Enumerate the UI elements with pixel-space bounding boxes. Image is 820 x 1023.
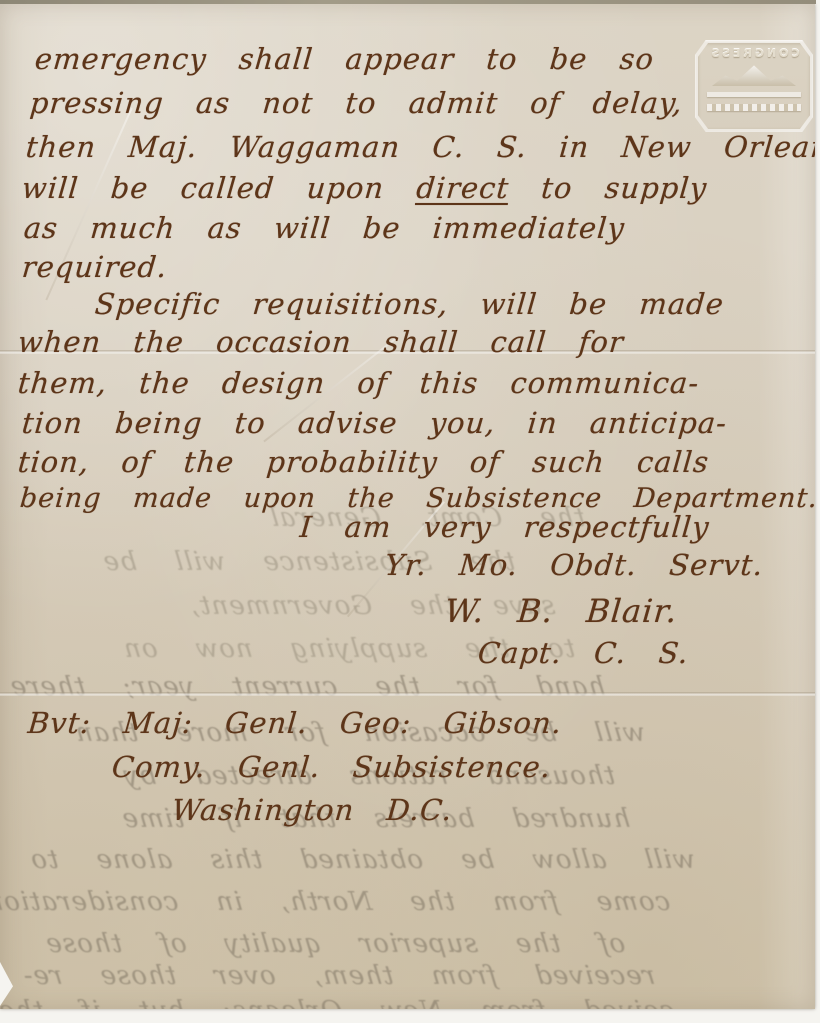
underlined-word-direct: direct xyxy=(415,171,511,205)
seal-ribbon-bar xyxy=(707,92,801,97)
handwritten-line: them, the design of this communica- xyxy=(17,366,701,400)
signature-rank: Capt. C. S. xyxy=(477,636,691,670)
seal-ribbon-bar xyxy=(707,104,801,111)
ghost-line: of the superior quality of those xyxy=(44,929,627,959)
handwritten-line: as much as will be immediately xyxy=(23,211,627,245)
handwritten-line: pressing as not to admit of delay, xyxy=(29,86,685,120)
handwritten-line: required. xyxy=(21,250,169,284)
ghost-line: hand for the current year; there xyxy=(8,672,606,702)
handwritten-line: when the occasion shall call for xyxy=(17,325,626,359)
scan-edge xyxy=(0,0,816,4)
ghost-line: ceived from New Orleans; but if the xyxy=(0,996,677,1009)
handwritten-line: then Maj. Waggaman C. S. in New Orleans xyxy=(25,130,815,164)
seal-text: CONGRESS xyxy=(695,47,813,60)
address-line: Washington D.C. xyxy=(171,793,454,827)
ghost-line: will allow be obtained this alone to xyxy=(29,845,697,875)
letter-scan-page: the Comt. General the Subsistence will b… xyxy=(0,0,820,1023)
handwritten-line: tion being to advise you, in anticipa- xyxy=(21,406,729,440)
address-line: Comy. Genl. Subsistence. xyxy=(111,750,553,784)
letter-paper: the Comt. General the Subsistence will b… xyxy=(0,4,815,1009)
handwritten-line: tion, of the probability of such calls xyxy=(17,445,711,479)
fold-crease-line xyxy=(0,692,815,696)
address-line: Bvt: Maj: Genl. Geo: Gibson. xyxy=(27,706,564,740)
closing-line: Yr. Mo. Obdt. Servt. xyxy=(384,548,765,582)
ghost-line: come from the North, in consideration xyxy=(0,887,672,917)
handwritten-line: emergency shall appear to be so xyxy=(34,42,656,76)
congress-embossed-seal: CONGRESS xyxy=(695,40,813,132)
closing-line: I am very respectfully xyxy=(299,510,712,544)
handwritten-line: will be called upon direct to supply xyxy=(21,171,709,205)
signature: W. B. Blair. xyxy=(443,592,679,630)
ghost-line: received from them, over those re- xyxy=(21,961,656,991)
handwritten-line: Specific requisitions, will be made xyxy=(94,287,726,321)
